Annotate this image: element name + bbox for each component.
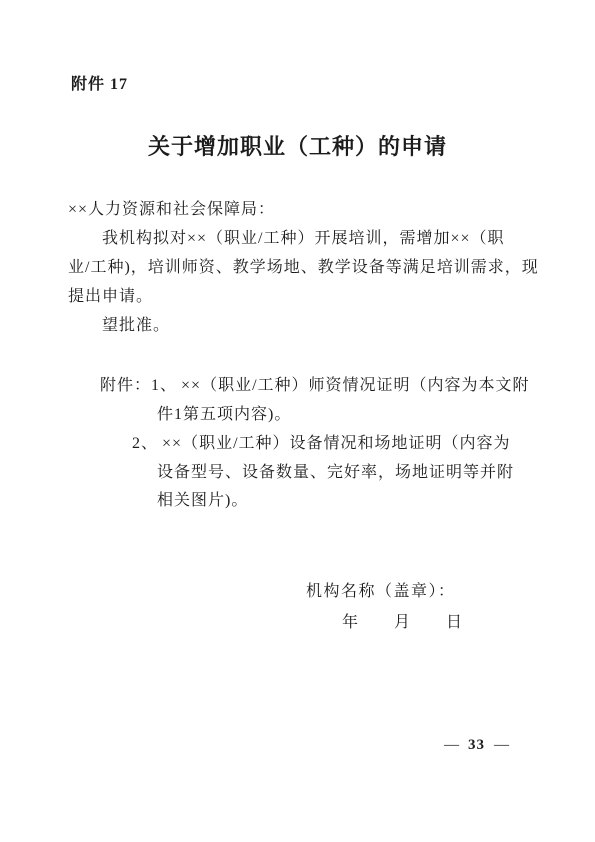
signature-date-year: 年 bbox=[342, 609, 358, 632]
body-line: 提出申请。 bbox=[68, 282, 529, 311]
signature-date-month: 月 bbox=[394, 609, 410, 632]
page-number-value: 33 bbox=[468, 737, 485, 754]
attachment-item-2-line-3: 相关图片)。 bbox=[157, 486, 248, 515]
attachment-item-2-number: 2、 bbox=[132, 435, 162, 452]
attachment-item-1-number: 1、 bbox=[151, 377, 181, 394]
page-number: — 33 — bbox=[444, 737, 509, 754]
attachment-item-1-line-1: 附件：1、××（职业/工种）师资情况证明（内容为本文附 bbox=[100, 371, 530, 400]
attachment-item-1-text: ××（职业/工种）师资情况证明（内容为本文附 bbox=[181, 377, 530, 394]
signature-date-day: 日 bbox=[446, 609, 462, 632]
body-line: 业/工种)，培训师资、教学场地、教学设备等满足培训需求，现 bbox=[68, 253, 529, 282]
page-number-dash-right: — bbox=[494, 737, 509, 754]
attachment-number-label: 附件 17 bbox=[71, 71, 128, 94]
attachments-label: 附件： bbox=[100, 377, 151, 394]
document-page: 附件 17 关于增加职业（工种）的申请 ××人力资源和社会保障局： 我机构拟对×… bbox=[0, 0, 595, 842]
body-line: 望批准。 bbox=[68, 311, 529, 340]
attachment-item-2-line-2: 设备型号、设备数量、完好率，场地证明等并附 bbox=[157, 458, 514, 487]
page-number-dash-left: — bbox=[444, 737, 459, 754]
document-body: ××人力资源和社会保障局： 我机构拟对××（职业/工种）开展培训，需增加××（职… bbox=[68, 195, 529, 340]
document-title: 关于增加职业（工种）的申请 bbox=[0, 130, 595, 161]
signature-date-line: 年 月 日 bbox=[342, 609, 462, 632]
signature-org-label: 机构名称（盖章）： bbox=[306, 578, 456, 601]
salutation-line: ××人力资源和社会保障局： bbox=[68, 195, 529, 224]
attachment-item-2-line-1: 2、××（职业/工种）设备情况和场地证明（内容为 bbox=[132, 429, 511, 458]
attachment-item-2-text: ××（职业/工种）设备情况和场地证明（内容为 bbox=[162, 435, 511, 452]
attachment-item-1-line-2: 件1第五项内容)。 bbox=[157, 400, 291, 429]
body-line: 我机构拟对××（职业/工种）开展培训，需增加××（职 bbox=[68, 224, 529, 253]
